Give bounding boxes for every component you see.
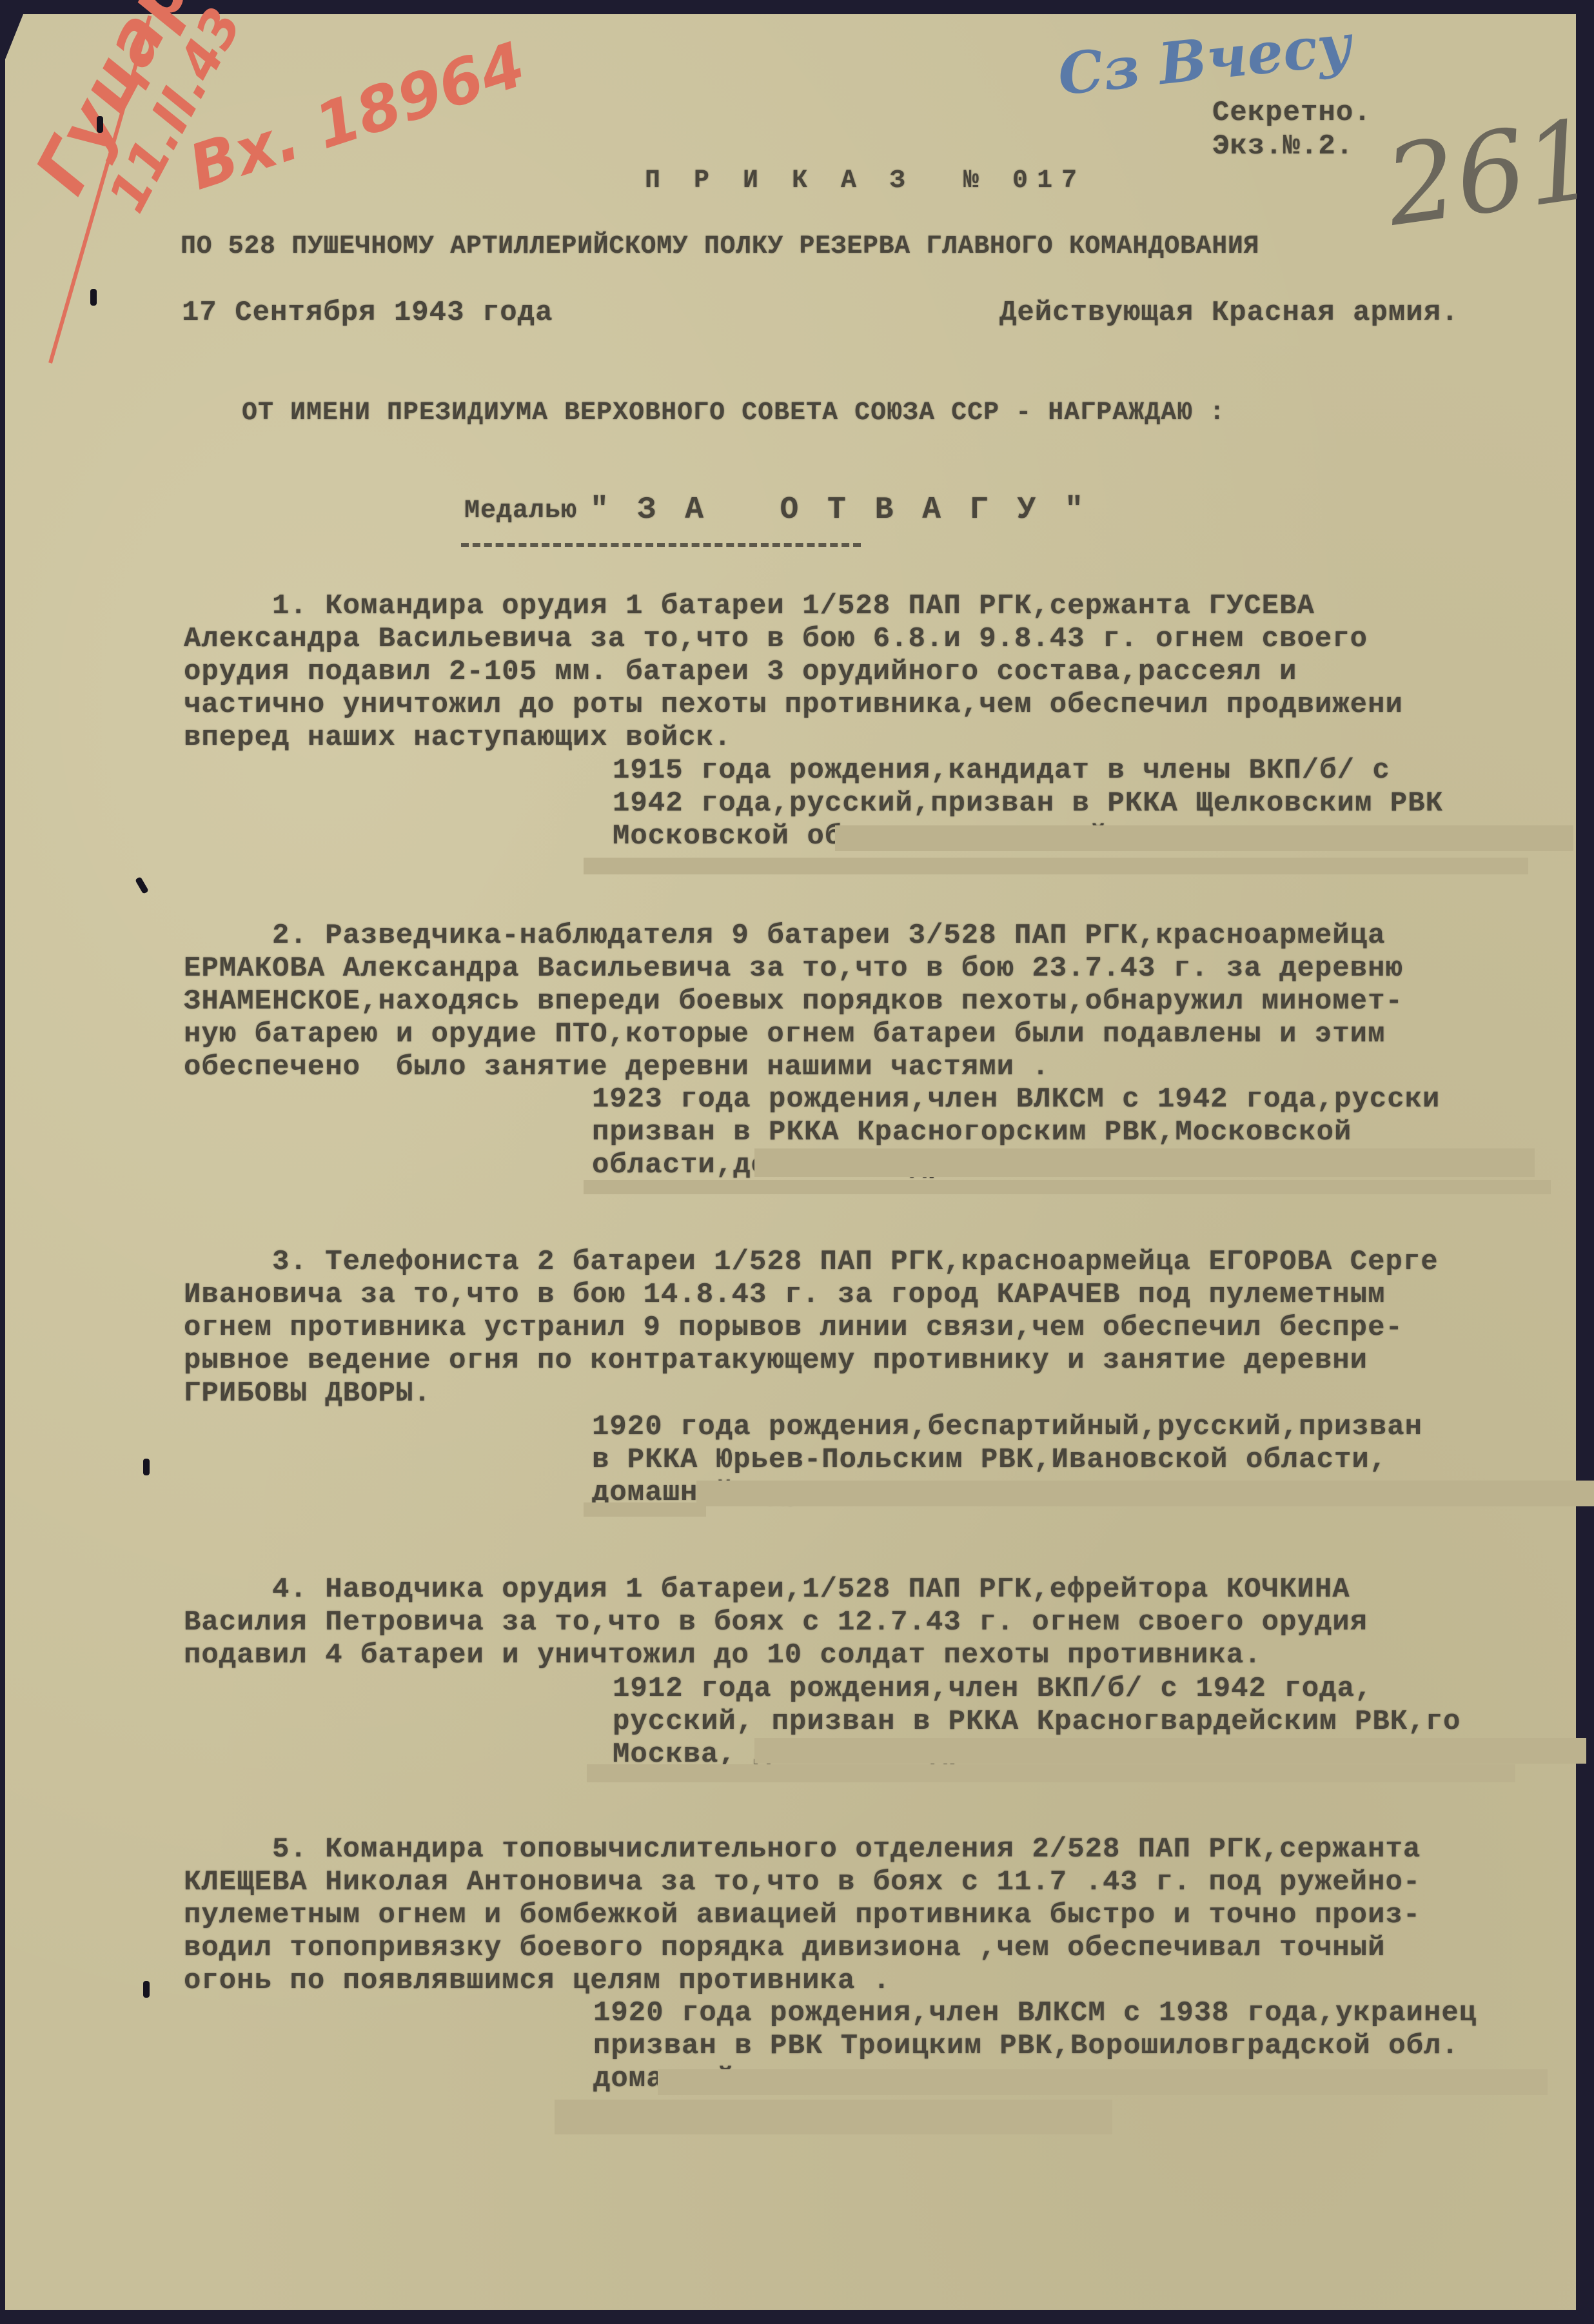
entry-line: 1. Командира орудия 1 батареи 1/528 ПАП … — [184, 590, 1315, 622]
entry-line: ГРИБОВЫ ДВОРЫ. — [184, 1377, 431, 1410]
bio-line: 1923 года рождения,член ВЛКСМ с 1942 год… — [592, 1083, 1440, 1116]
bio-line: в РККА Юрьев-Польским РВК,Ивановской обл… — [592, 1444, 1387, 1476]
bio-line: 1920 года рождения,член ВЛКСМ с 1938 год… — [593, 1997, 1477, 2029]
entry-line: орудия подавил 2-105 мм. батареи 3 оруди… — [184, 656, 1297, 688]
order-subtitle: ПО 528 ПУШЕЧНОМУ АРТИЛЛЕРИЙСКОМУ ПОЛКУ Р… — [181, 232, 1259, 261]
entry-line: подавил 4 батареи и уничтожил до 10 солд… — [184, 1639, 1262, 1671]
entry-line: рывное ведение огня по контратакующему п… — [184, 1344, 1368, 1377]
order-location: Действующая Красная армия. — [999, 297, 1459, 329]
bio-line: 1920 года рождения,беспартийный,русский,… — [592, 1411, 1422, 1443]
entry-line: вперед наших наступающих войск. — [184, 722, 732, 754]
redacted-address — [587, 1764, 1515, 1782]
medal-name: " З А О Т В А Г У " — [590, 493, 1088, 527]
order-date: 17 Сентября 1943 года — [182, 297, 553, 329]
entry-line: огонь по появлявшимся целям противника . — [184, 1965, 890, 1997]
entry-line: огнем противника устранил 9 порывов лини… — [184, 1312, 1403, 1344]
bio-line: русский, призван в РККА Красногвардейски… — [613, 1706, 1461, 1738]
redacted-address — [754, 1738, 1586, 1764]
entry-line: 4. Наводчика орудия 1 батареи,1/528 ПАП … — [184, 1573, 1350, 1606]
punch-mark — [143, 1981, 150, 1998]
entry-line: ЕРМАКОВА Александра Васильевича за то,чт… — [184, 952, 1403, 985]
entry-line: 3. Телефониста 2 батареи 1/528 ПАП РГК,к… — [184, 1246, 1439, 1278]
bio-line: призван в РВК Троицким РВК,Ворошиловград… — [593, 2030, 1459, 2062]
entry-line: 5. Командира топовычислительного отделен… — [184, 1833, 1421, 1866]
medal-underline — [461, 543, 861, 547]
entry-line: водил топопривязку боевого порядка дивиз… — [184, 1932, 1386, 1964]
entry-line: пулеметным огнем и бомбежкой авиацией пр… — [184, 1899, 1421, 1931]
bio-line: 1915 года рождения,кандидат в члены ВКП/… — [613, 754, 1390, 787]
redacted-address — [658, 2069, 1548, 2095]
entry-line: ную батарею и орудие ПТО,которые огнем б… — [184, 1018, 1386, 1050]
preamble: ОТ ИМЕНИ ПРЕЗИДИУМА ВЕРХОВНОГО СОВЕТА СО… — [242, 399, 1225, 428]
entry-line: Ивановича за то,что в бою 14.8.43 г. за … — [184, 1279, 1386, 1311]
entry-line: частично уничтожил до роты пехоты против… — [184, 689, 1403, 721]
order-title: П Р И К А З № 017 — [645, 166, 1086, 195]
redacted-address — [754, 1148, 1535, 1177]
secret-label: Секретно. — [1212, 97, 1372, 129]
medal-prefix: Медалью — [464, 497, 577, 526]
entry-line: КЛЕЩЕВА Николая Антоновича за то,что в б… — [184, 1866, 1421, 1898]
redacted-address — [555, 2100, 1112, 2134]
entry-line: Василия Петровича за то,что в боях с 12.… — [184, 1606, 1368, 1639]
redacted-address — [584, 1180, 1551, 1194]
bio-line: призван в РККА Красногорским РВК,Московс… — [592, 1116, 1352, 1148]
redacted-address — [696, 1481, 1594, 1506]
punch-mark — [90, 289, 97, 306]
redacted-address — [584, 858, 1528, 874]
entry-line: Александра Васильевича за то,что в бою 6… — [184, 623, 1368, 655]
redacted-address — [584, 1502, 706, 1517]
entry-line: ЗНАМЕНСКОЕ,находясь впереди боевых поряд… — [184, 985, 1403, 1018]
entry-line: обеспечено было занятие деревни нашими ч… — [184, 1051, 1050, 1083]
punch-mark — [97, 116, 103, 133]
bio-line: 1942 года,русский,призван в РККА Щелковс… — [613, 787, 1443, 820]
punch-mark — [143, 1459, 150, 1475]
copy-number-label: Экз.№.2. — [1212, 130, 1353, 162]
entry-line: 2. Разведчика-наблюдателя 9 батареи 3/52… — [184, 920, 1386, 952]
bio-line: 1912 года рождения,член ВКП/б/ с 1942 го… — [613, 1673, 1372, 1705]
redacted-address — [835, 825, 1573, 851]
